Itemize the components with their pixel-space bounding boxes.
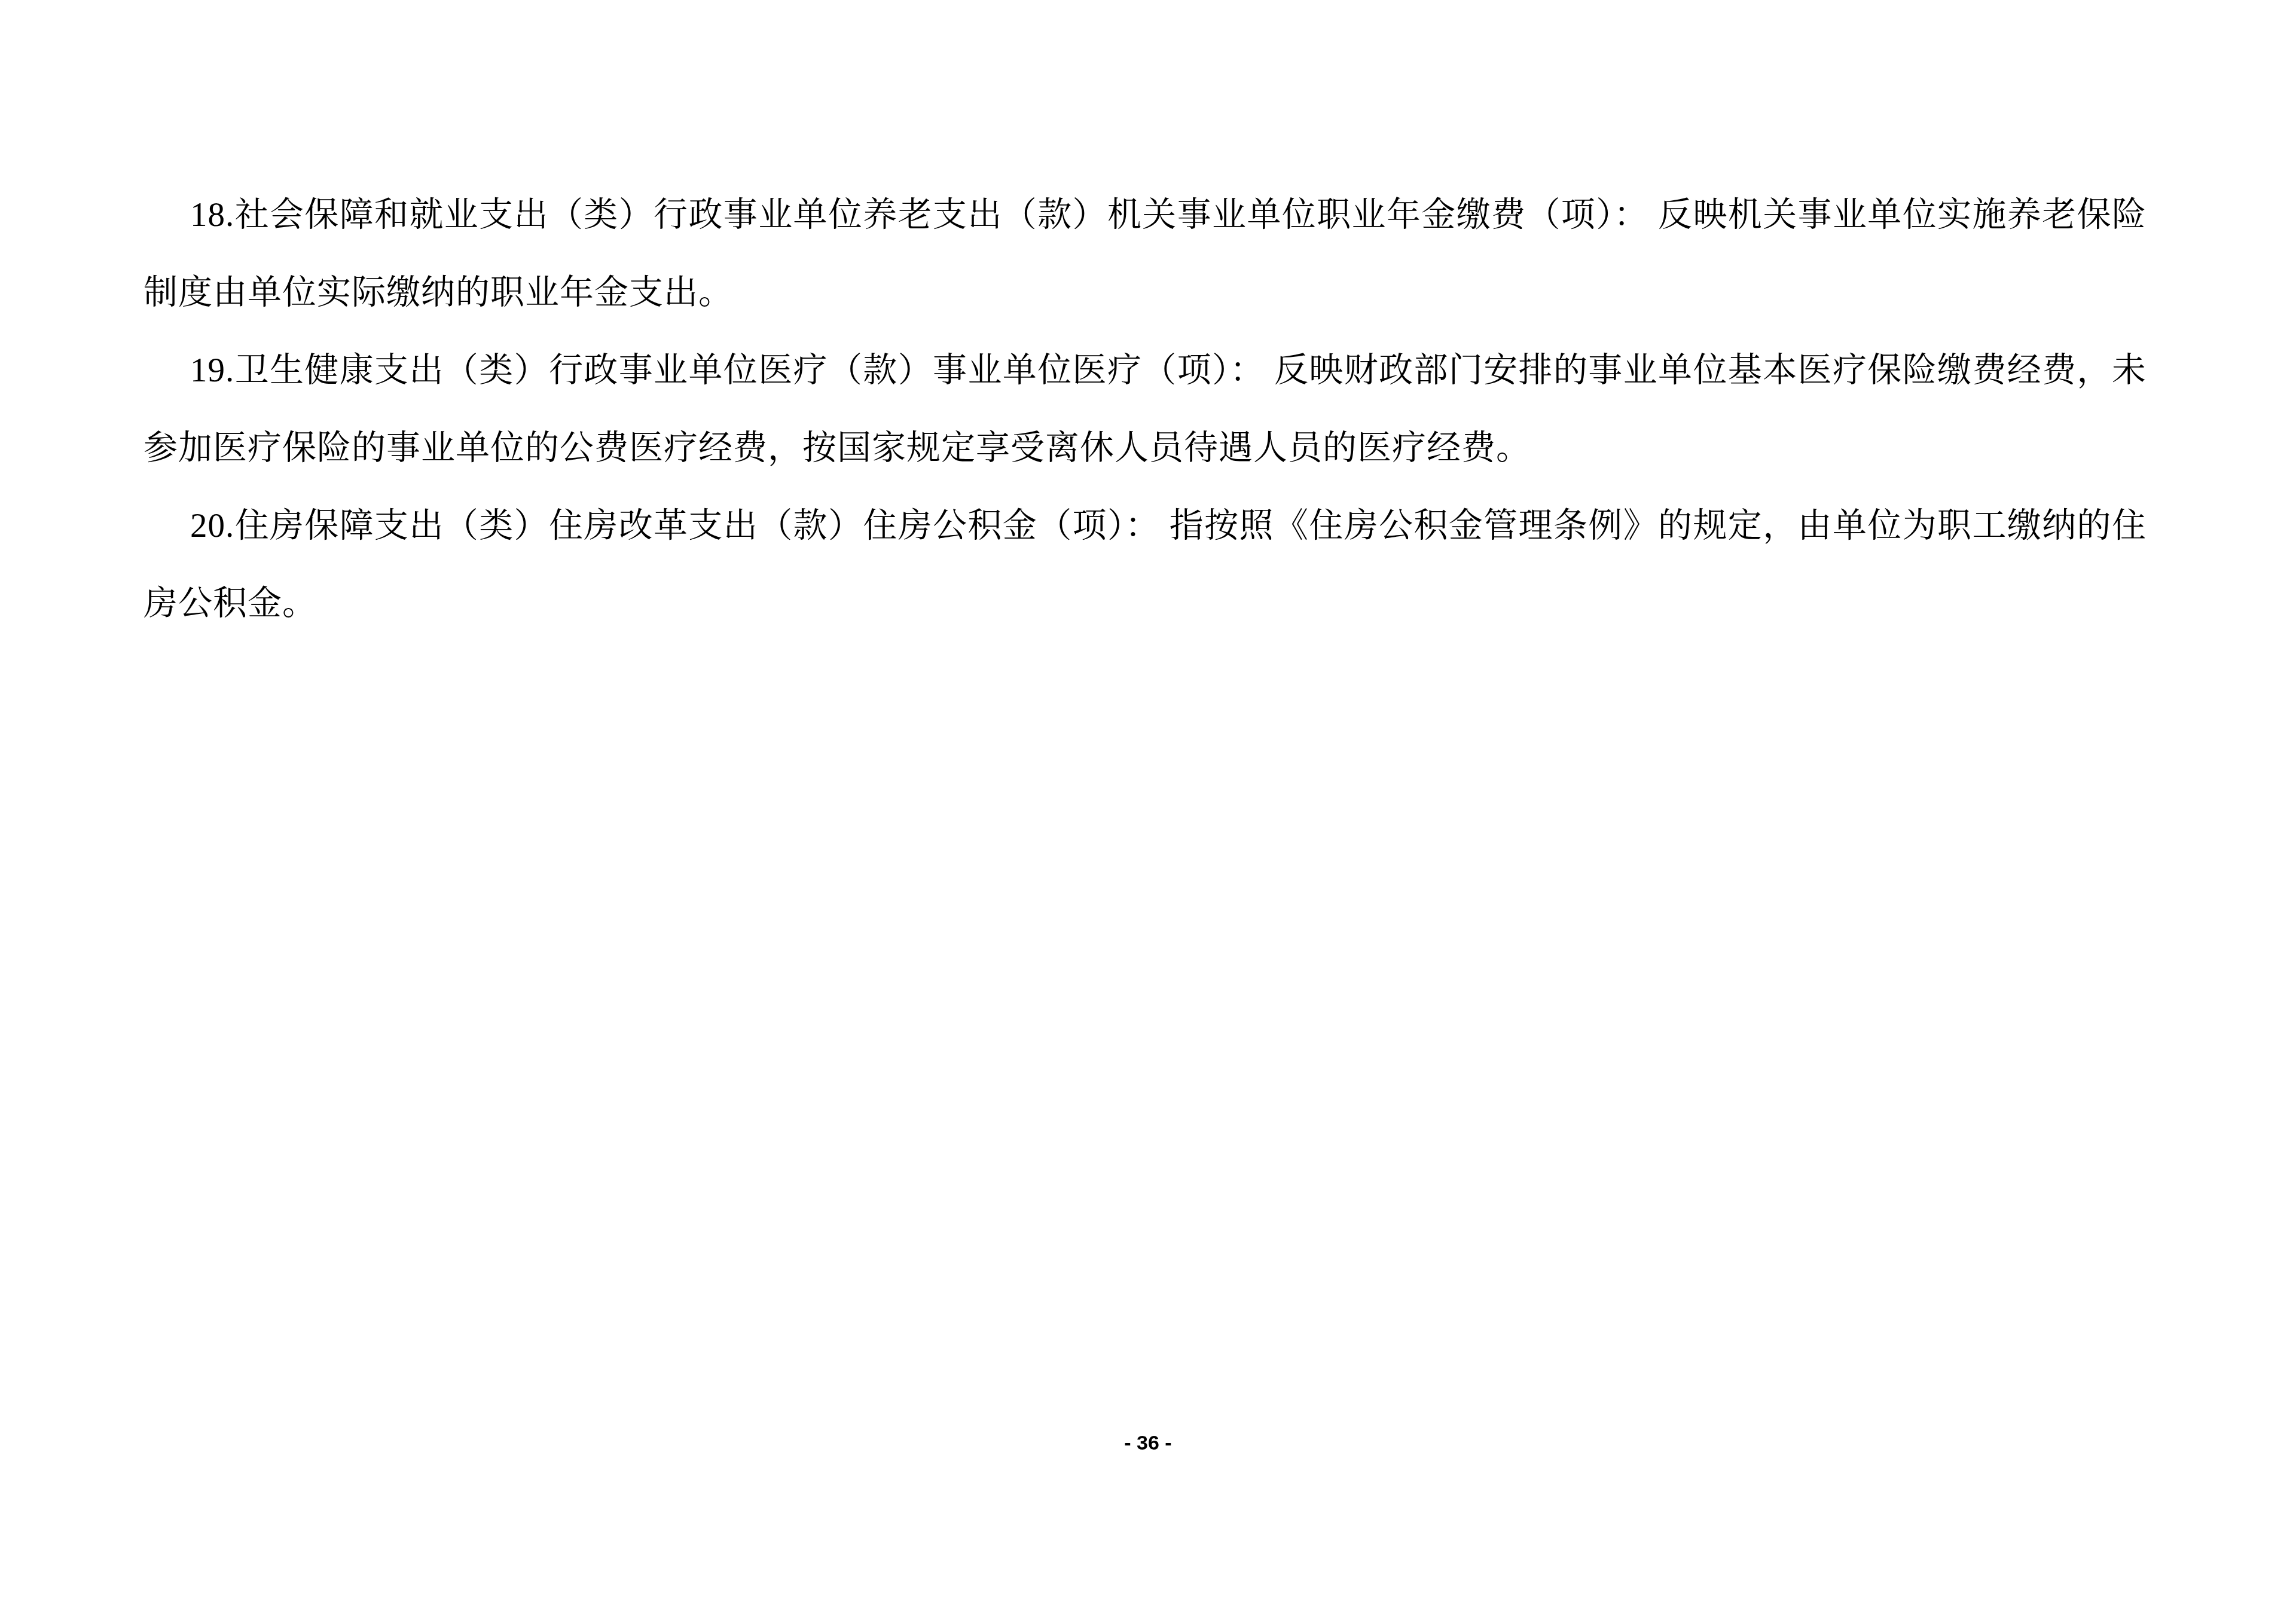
paragraph-20: 20.住房保障支出（类）住房改革支出（款）住房公积金（项）： 指按照《住房公积金… — [143, 487, 2147, 643]
document-page: 18.社会保障和就业支出（类）行政事业单位养老支出（款）机关事业单位职业年金缴费… — [0, 0, 2296, 1623]
paragraph-18: 18.社会保障和就业支出（类）行政事业单位养老支出（款）机关事业单位职业年金缴费… — [143, 176, 2147, 332]
page-number: - 36 - — [0, 1432, 2296, 1455]
text-content: 18.社会保障和就业支出（类）行政事业单位养老支出（款）机关事业单位职业年金缴费… — [143, 176, 2147, 643]
paragraph-19: 19.卫生健康支出（类）行政事业单位医疗（款）事业单位医疗（项）： 反映财政部门… — [143, 332, 2147, 487]
